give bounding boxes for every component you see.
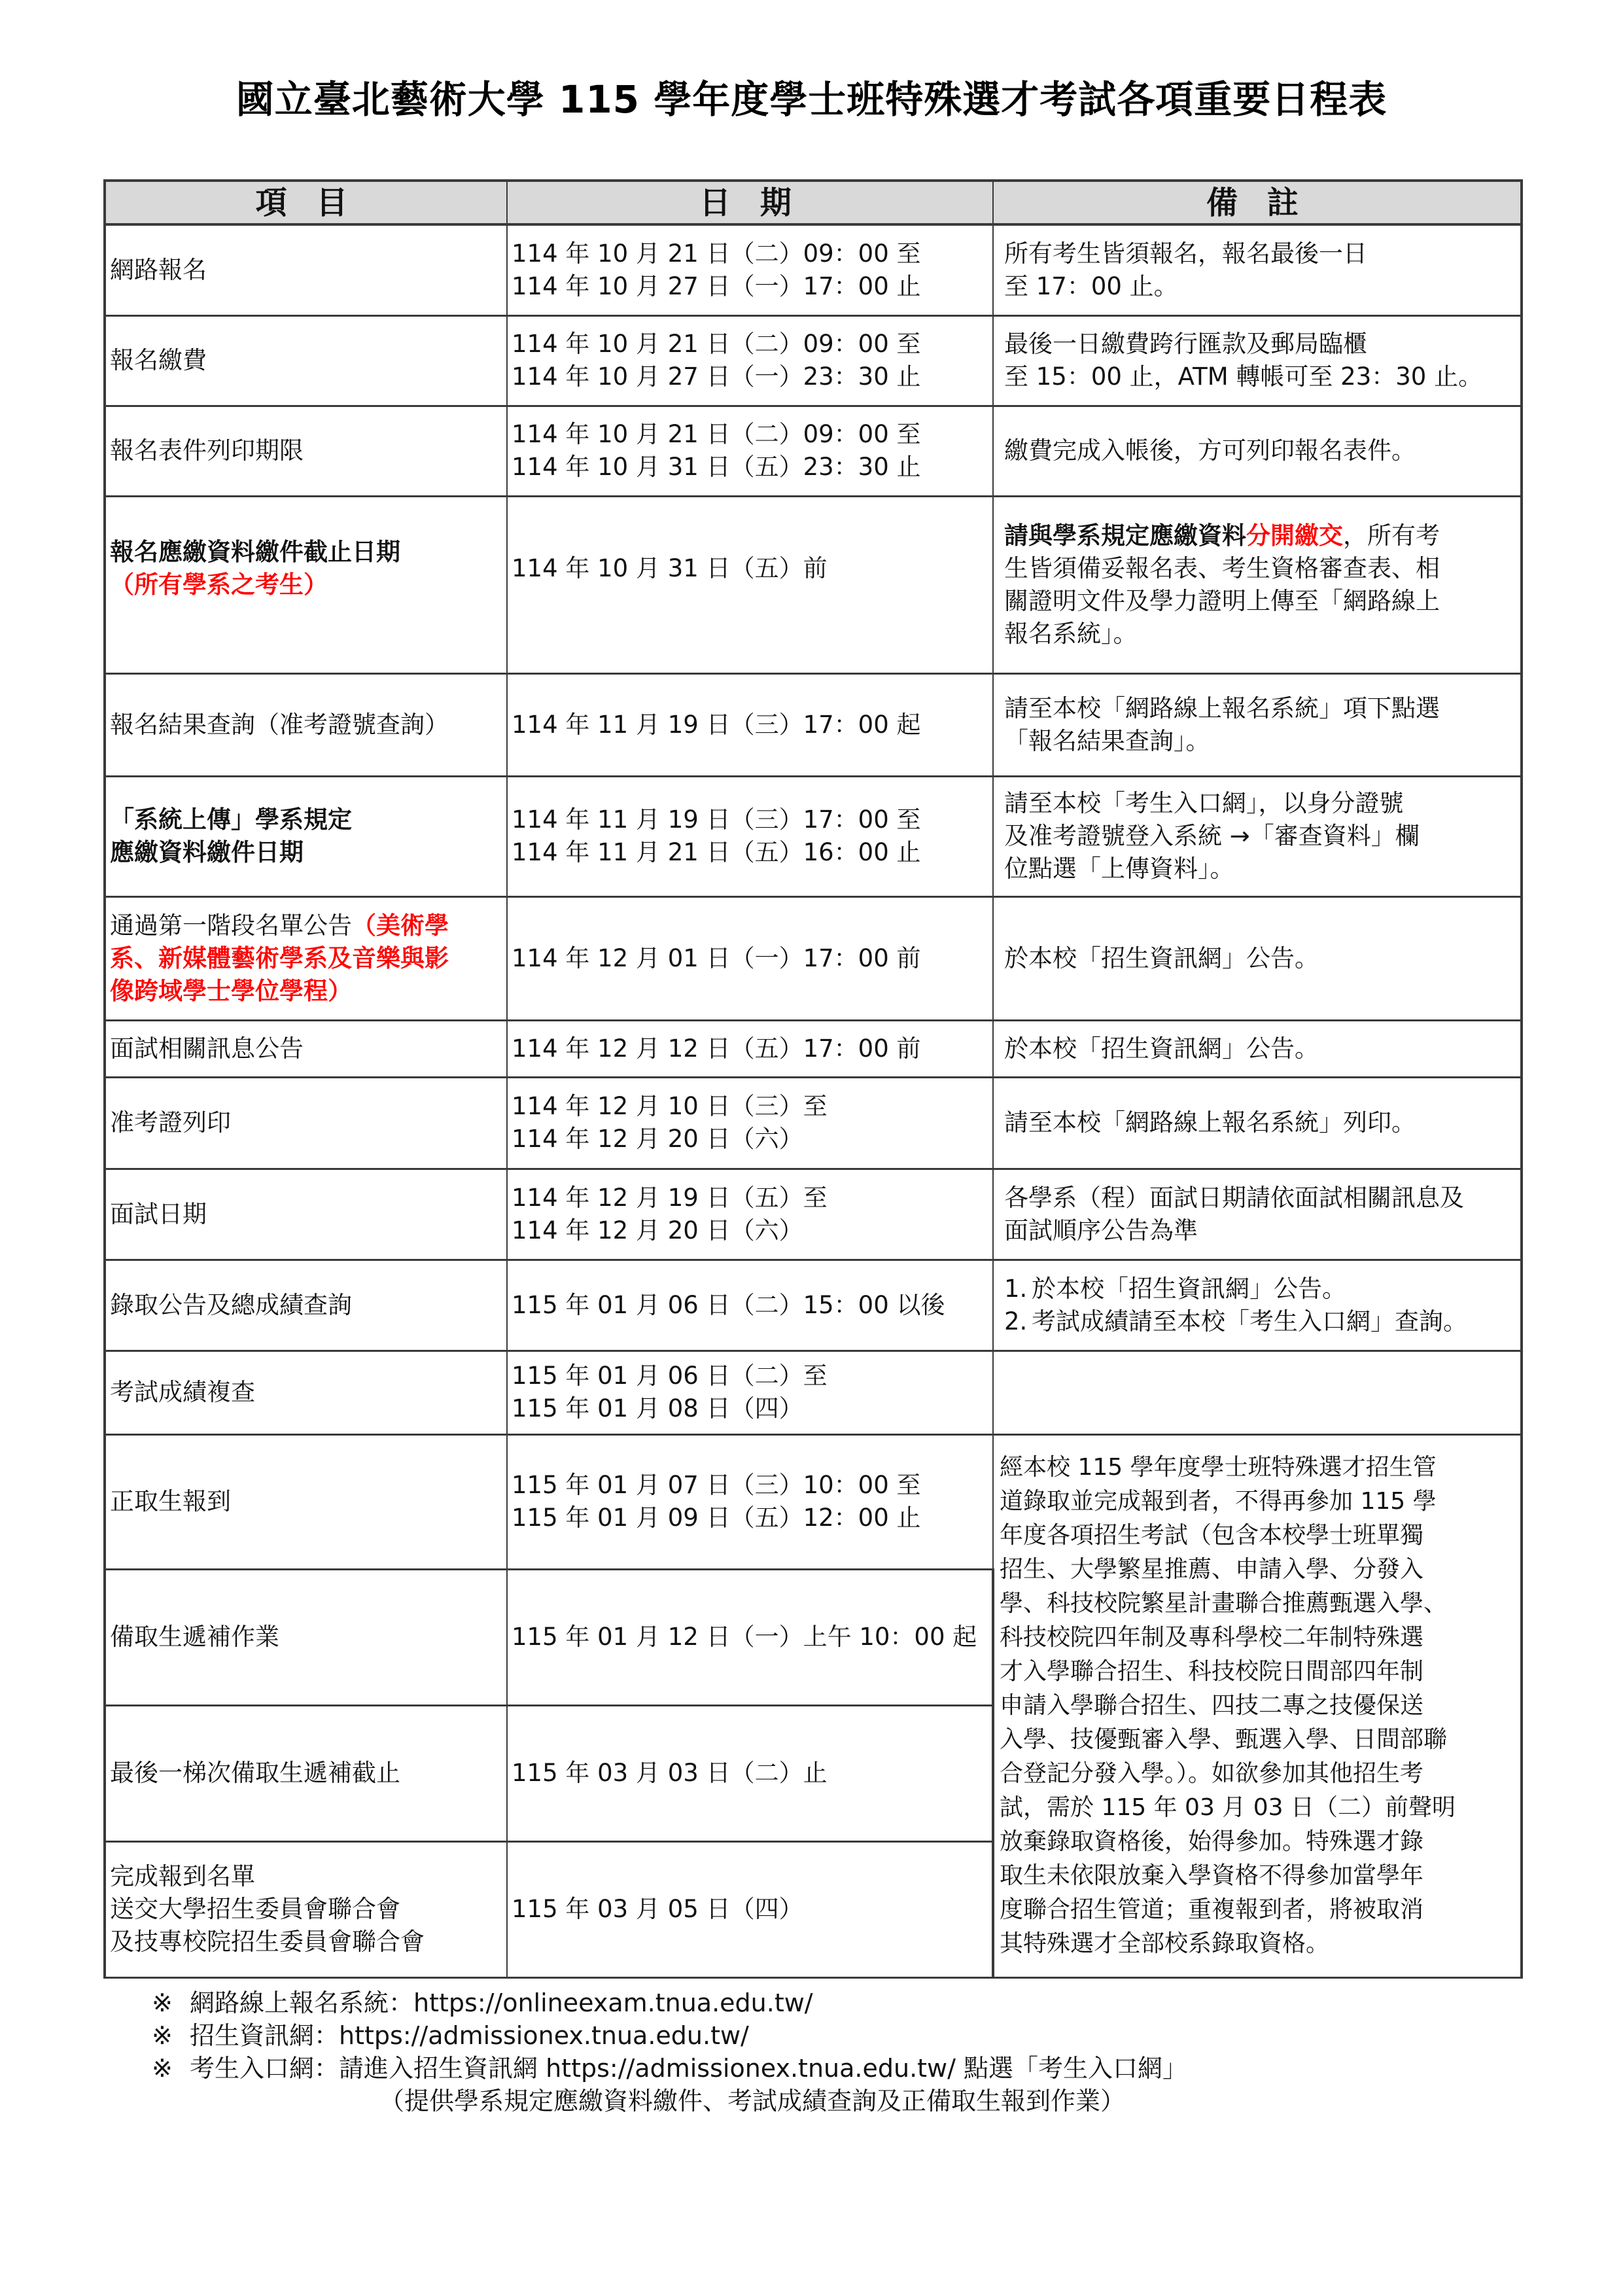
footnotes: ※網路線上報名系統：https://onlineexam.tnua.edu.tw… — [152, 1987, 1187, 2117]
note-cell: 所有考生皆須報名，報名最後一日 至 17：00 止。 — [993, 224, 1522, 315]
item-cell: 備取生遞補作業 — [105, 1569, 507, 1705]
item-cell: 正取生報到 — [105, 1434, 507, 1569]
separate-submit-highlight: 分開繳交 — [1246, 521, 1343, 550]
item-cell: 報名應繳資料繳件截止日期 （所有學系之考生） — [105, 496, 507, 673]
date-cell: 115 年 03 月 03 日（二）止 — [507, 1705, 993, 1841]
reference-mark-icon: ※ — [152, 2052, 190, 2085]
item-cell: 錄取公告及總成績查詢 — [105, 1260, 507, 1351]
note-cell: 各學系（程）面試日期請依面試相關訊息及 面試順序公告為準 — [993, 1169, 1522, 1260]
reference-mark-icon: ※ — [152, 2019, 190, 2052]
date-cell: 115 年 01 月 06 日（二）15：00 以後 — [507, 1260, 993, 1351]
reference-mark-icon: ※ — [152, 1987, 190, 2019]
date-cell: 114 年 10 月 31 日（五）前 — [507, 496, 993, 673]
date-cell: 115 年 01 月 06 日（二）至 115 年 01 月 08 日（四） — [507, 1351, 993, 1434]
footnote-portal-description: （提供學系規定應繳資料繳件、考試成績查詢及正備取生報到作業） — [152, 2085, 1187, 2117]
item-cell: 網路報名 — [105, 224, 507, 315]
document-title: 國立臺北藝術大學 115 學年度學士班特殊選才考試各項重要日程表 — [0, 73, 1623, 126]
date-cell: 114 年 12 月 01 日（一）17：00 前 — [507, 896, 993, 1020]
note-cell: 請至本校「網路線上報名系統」列印。 — [993, 1077, 1522, 1169]
note-cell: 請至本校「考生入口網」，以身分證號 及准考證號登入系統 →「審查資料」欄 位點選… — [993, 776, 1522, 896]
note-cell: 1.於本校「招生資訊網」公告。 2.考試成績請至本校「考生入口網」查詢。 — [993, 1260, 1522, 1351]
date-cell: 114 年 12 月 19 日（五）至 114 年 12 月 20 日（六） — [507, 1169, 993, 1260]
table-row: 通過第一階段名單公告（美術學 系、新媒體藝術學系及音樂與影 像跨域學士學位學程）… — [105, 896, 1522, 1020]
date-cell: 114 年 12 月 12 日（五）17：00 前 — [507, 1020, 993, 1077]
item-deadline-label: 報名應繳資料繳件截止日期 — [110, 536, 502, 569]
table-row: 報名應繳資料繳件截止日期 （所有學系之考生） 114 年 10 月 31 日（五… — [105, 496, 1522, 673]
date-cell: 115 年 01 月 12 日（一）上午 10：00 起 — [507, 1569, 993, 1705]
date-cell: 114 年 11 月 19 日（三）17：00 至 114 年 11 月 21 … — [507, 776, 993, 896]
item-cell: 准考證列印 — [105, 1077, 507, 1169]
online-exam-link[interactable]: https://onlineexam.tnua.edu.tw/ — [413, 1988, 813, 2017]
header-item: 項 目 — [105, 181, 507, 224]
item-cell: 報名繳費 — [105, 315, 507, 406]
note-list-item: 1.於本校「招生資訊網」公告。 — [1004, 1273, 1515, 1305]
footnote-applicant-portal: ※考生入口網：請進入招生資訊網 https://admissionex.tnua… — [152, 2052, 1187, 2085]
note-cell: 於本校「招生資訊網」公告。 — [993, 1020, 1522, 1077]
table-row: 報名表件列印期限 114 年 10 月 21 日（二）09：00 至 114 年… — [105, 406, 1522, 496]
date-cell: 114 年 12 月 10 日（三）至 114 年 12 月 20 日（六） — [507, 1077, 993, 1169]
table-row: 正取生報到 115 年 01 月 07 日（三）10：00 至 115 年 01… — [105, 1434, 1522, 1569]
date-cell: 114 年 10 月 21 日（二）09：00 至 114 年 10 月 31 … — [507, 406, 993, 496]
table-row: 網路報名 114 年 10 月 21 日（二）09：00 至 114 年 10 … — [105, 224, 1522, 315]
note-cell: 最後一日繳費跨行匯款及郵局臨櫃 至 15：00 止，ATM 轉帳可至 23：30… — [993, 315, 1522, 406]
schedule-table: 項 目 日 期 備 註 網路報名 114 年 10 月 21 日（二）09：00… — [103, 179, 1523, 1979]
item-cell: 通過第一階段名單公告（美術學 系、新媒體藝術學系及音樂與影 像跨域學士學位學程） — [105, 896, 507, 1020]
table-row: 面試日期 114 年 12 月 19 日（五）至 114 年 12 月 20 日… — [105, 1169, 1522, 1260]
item-cell: 最後一梯次備取生遞補截止 — [105, 1705, 507, 1841]
table-row: 考試成績複查 115 年 01 月 06 日（二）至 115 年 01 月 08… — [105, 1351, 1522, 1434]
table-header-row: 項 目 日 期 備 註 — [105, 181, 1522, 224]
item-cell: 「系統上傳」學系規定 應繳資料繳件日期 — [105, 776, 507, 896]
header-date: 日 期 — [507, 181, 993, 224]
item-cell: 報名結果查詢（准考證號查詢） — [105, 673, 507, 776]
item-cell: 完成報到名單 送交大學招生委員會聯合會 及技專校院招生委員會聯合會 — [105, 1841, 507, 1977]
table-row: 錄取公告及總成績查詢 115 年 01 月 06 日（二）15：00 以後 1.… — [105, 1260, 1522, 1351]
header-note: 備 註 — [993, 181, 1522, 224]
item-cell: 面試相關訊息公告 — [105, 1020, 507, 1077]
note-list: 1.於本校「招生資訊網」公告。 2.考試成績請至本校「考生入口網」查詢。 — [1004, 1273, 1515, 1338]
note-cell-empty — [993, 1351, 1522, 1434]
item-cell: 報名表件列印期限 — [105, 406, 507, 496]
item-red-note: （所有學系之考生） — [110, 569, 502, 601]
table-row: 面試相關訊息公告 114 年 12 月 12 日（五）17：00 前 於本校「招… — [105, 1020, 1522, 1077]
table-row: 「系統上傳」學系規定 應繳資料繳件日期 114 年 11 月 19 日（三）17… — [105, 776, 1522, 896]
merged-note-cell: 經本校 115 學年度學士班特殊選才招生管 道錄取並完成報到者，不得再參加 11… — [993, 1434, 1522, 1977]
table-row: 報名結果查詢（准考證號查詢） 114 年 11 月 19 日（三）17：00 起… — [105, 673, 1522, 776]
item-cell: 面試日期 — [105, 1169, 507, 1260]
note-cell: 於本校「招生資訊網」公告。 — [993, 896, 1522, 1020]
admission-site-link[interactable]: https://admissionex.tnua.edu.tw/ — [339, 2021, 749, 2050]
date-cell: 115 年 03 月 05 日（四） — [507, 1841, 993, 1977]
note-cell: 繳費完成入帳後，方可列印報名表件。 — [993, 406, 1522, 496]
date-cell: 114 年 10 月 21 日（二）09：00 至 114 年 10 月 27 … — [507, 315, 993, 406]
note-cell: 請與學系規定應繳資料分開繳交，所有考 生皆須備妥報名表、考生資格審查表、相 關證… — [993, 496, 1522, 673]
note-list-item: 2.考試成績請至本校「考生入口網」查詢。 — [1004, 1305, 1515, 1338]
item-cell: 考試成績複查 — [105, 1351, 507, 1434]
date-cell: 114 年 11 月 19 日（三）17：00 起 — [507, 673, 993, 776]
table-row: 報名繳費 114 年 10 月 21 日（二）09：00 至 114 年 10 … — [105, 315, 1522, 406]
footnote-admission-site: ※招生資訊網：https://admissionex.tnua.edu.tw/ — [152, 2019, 1187, 2052]
table-row: 准考證列印 114 年 12 月 10 日（三）至 114 年 12 月 20 … — [105, 1077, 1522, 1169]
footnote-online-exam: ※網路線上報名系統：https://onlineexam.tnua.edu.tw… — [152, 1987, 1187, 2019]
note-cell: 請至本校「網路線上報名系統」項下點選 「報名結果查詢」。 — [993, 673, 1522, 776]
date-cell: 115 年 01 月 07 日（三）10：00 至 115 年 01 月 09 … — [507, 1434, 993, 1569]
date-cell: 114 年 10 月 21 日（二）09：00 至 114 年 10 月 27 … — [507, 224, 993, 315]
